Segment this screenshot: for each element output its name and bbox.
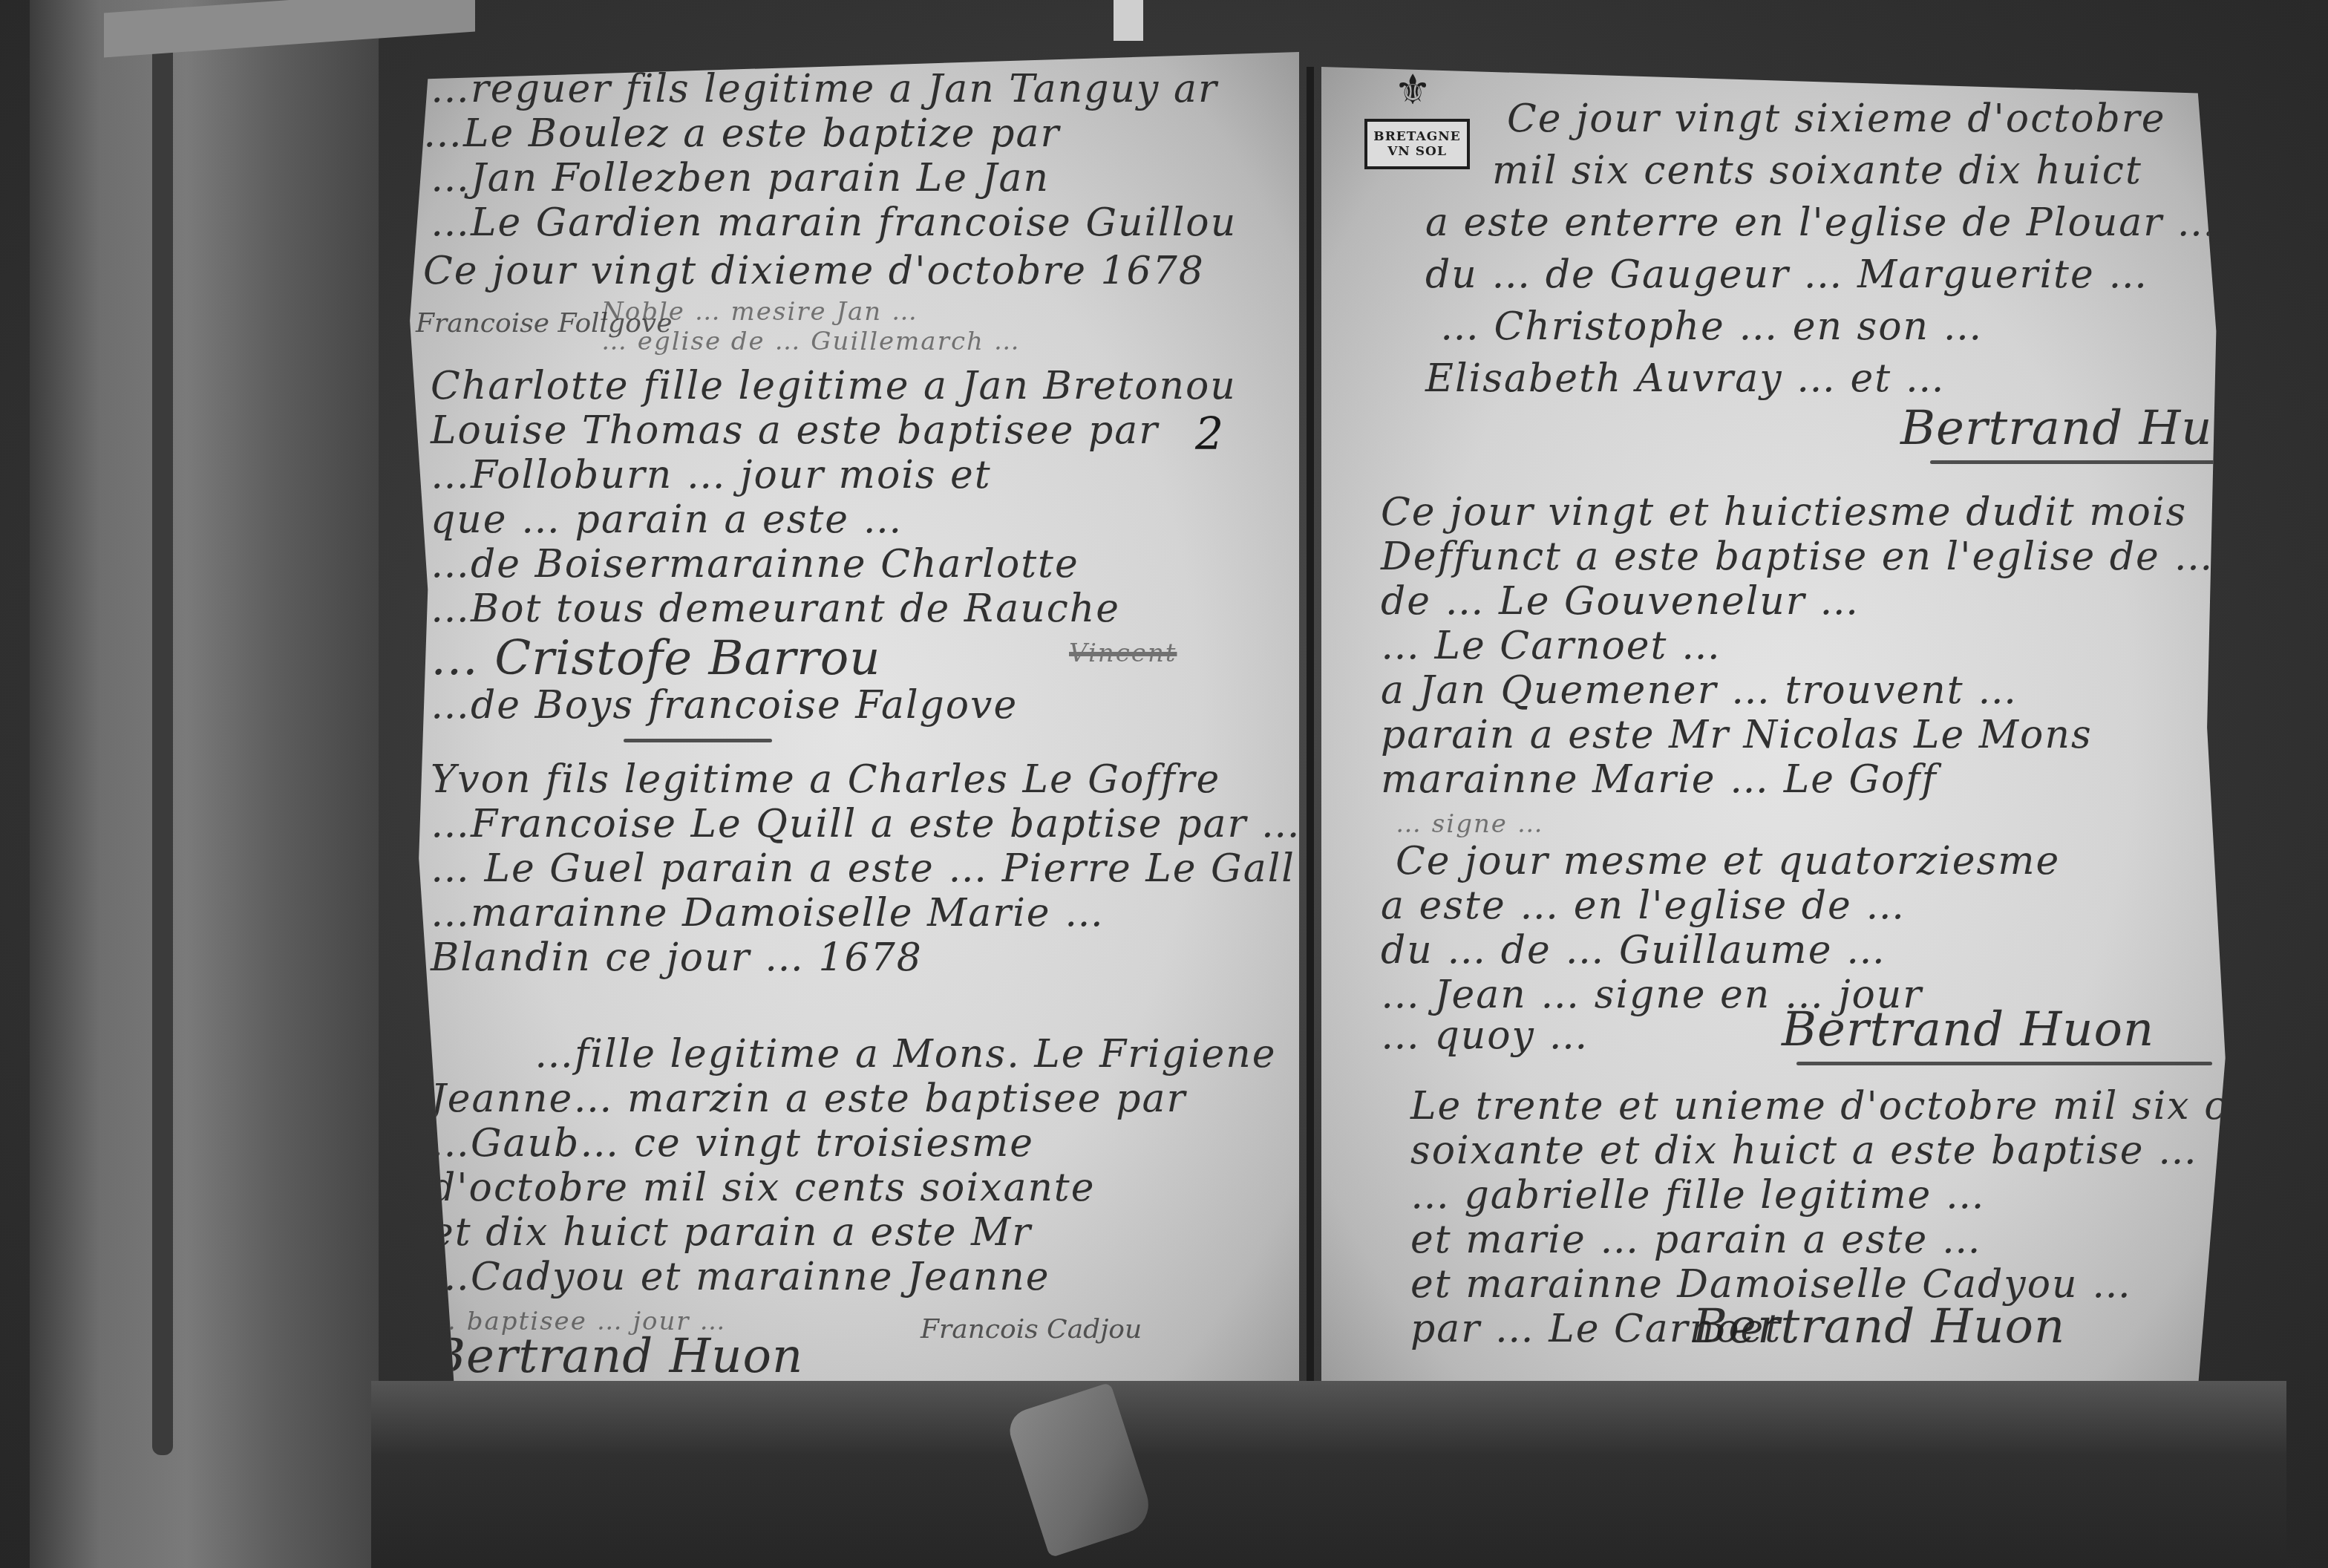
text-line: … gabrielle fille legitime … — [1410, 1173, 1986, 1218]
text-line: a este enterre en l'eglise de Plouar … — [1425, 200, 2217, 245]
margin-note: Francoise Follgove — [416, 308, 672, 339]
text-line: mil six cents soixante dix huict — [1492, 148, 2142, 193]
signature: … Cristofe Barrou — [431, 631, 881, 686]
text-line: a Jan Quemener … trouvent … — [1381, 668, 2018, 713]
struck-text: Vincent — [1069, 638, 1177, 668]
text-line: …Jan Follezben parain Le Jan — [431, 156, 1050, 200]
text-line: … signe … — [1396, 809, 1544, 839]
text-line: …Gaub… ce vingt troisiesme — [431, 1121, 1034, 1166]
left-page-text: …reguer fils legitime a Jan Tanguy ar …L… — [401, 52, 1299, 1396]
text-line: du … de … Guillaume … — [1381, 928, 1886, 973]
text-line: Le trente et unieme d'octobre mil six ce… — [1410, 1084, 2316, 1128]
text-line: Elisabeth Auvray … et … — [1425, 356, 1946, 401]
text-line: Yvon fils legitime a Charles Le Goffre — [431, 757, 1220, 802]
text-line: …Le Gardien marain francoise Guillou — [431, 200, 1237, 245]
text-line: Ce jour vingt sixieme d'octobre — [1507, 97, 2165, 141]
binding-strap — [152, 45, 173, 1455]
text-line: …Bot tous demeurant de Rauche — [431, 587, 1120, 631]
text-line: marainne Marie … Le Goff — [1381, 757, 1938, 802]
separator-rule — [1796, 1062, 2212, 1065]
text-line: Charlotte fille legitime a Jan Bretonou — [431, 364, 1237, 408]
text-line: …de Boisermarainne Charlotte — [431, 542, 1079, 587]
text-line: d'octobre mil six cents soixante — [431, 1166, 1096, 1210]
text-line: du … de Gaugeur … Marguerite … — [1425, 252, 2148, 297]
text-line: …fille legitime a Mons. Le Frigiene — [534, 1032, 1277, 1077]
left-page: …reguer fils legitime a Jan Tanguy ar …L… — [401, 52, 1299, 1396]
text-line: …Francoise Le Quill a este baptise par … — [431, 802, 1301, 846]
text-line: Jeanne… marzin a este baptisee par — [431, 1077, 1186, 1121]
book-cover-left — [30, 0, 379, 1568]
text-line: …marainne Damoiselle Marie … — [431, 891, 1105, 935]
text-line: Ce jour mesme et quatorziesme — [1396, 839, 2060, 883]
text-line: et dix huict parain a este Mr — [431, 1210, 1032, 1255]
right-page-text: Ce jour vingt sixieme d'octobre mil six … — [1321, 67, 2234, 1388]
text-line: Louise Thomas a este baptisee par — [431, 408, 1159, 453]
text-line: parain a este Mr Nicolas Le Mons — [1381, 713, 2093, 757]
signature-cadjou: Francois Cadjou — [921, 1314, 1142, 1345]
separator-rule — [624, 739, 772, 742]
text-line: que … parain a este … — [431, 497, 903, 542]
signature-bertrand-huon: Bertrand Huon — [1693, 1299, 2065, 1354]
text-line: Deffunct a este baptise en l'eglise de … — [1381, 535, 2214, 579]
text-line: …de Boys francoise Falgove — [431, 683, 1018, 728]
signature-bertrand-huon: Bertrand Huon — [431, 1329, 803, 1384]
text-line: … Le Carnoet … — [1381, 624, 1722, 668]
text-line: de … Le Gouvenelur … — [1381, 579, 1860, 624]
right-page: ⚜ BRETAGNE VN SOL Ce jour vingt sixieme … — [1321, 67, 2234, 1388]
text-line: … Christophe … en son … — [1440, 304, 1984, 349]
text-line: …Cadyou et marainne Jeanne — [431, 1255, 1050, 1299]
text-line: Ce jour vingt et huictiesme dudit mois — [1381, 490, 2187, 535]
text-line: …Folloburn … jour mois et — [431, 453, 992, 497]
text-line: a este … en l'eglise de … — [1381, 883, 1906, 928]
book-edge-shadow — [371, 1381, 2286, 1568]
book-gutter — [1307, 67, 1314, 1425]
text-line: Blandin ce jour … 1678 — [431, 935, 923, 980]
text-line: … Le Guel parain a este … Pierre Le Gall — [431, 846, 1295, 891]
text-line: … quoy … — [1381, 1013, 1589, 1058]
text-line: …Le Boulez a este baptize par — [423, 111, 1060, 156]
text-line: soixante et dix huict a este baptise … — [1410, 1128, 2198, 1173]
separator-rule — [1930, 460, 2227, 464]
text-line: Ce jour vingt dixieme d'octobre 1678 — [423, 249, 1205, 293]
page-mark: 2 — [1195, 408, 1223, 460]
archive-label-strip — [1114, 0, 1143, 41]
signature-bertrand-huon: Bertrand Huon — [1782, 1002, 2154, 1057]
text-line: et marie … parain a este … — [1410, 1218, 1982, 1262]
